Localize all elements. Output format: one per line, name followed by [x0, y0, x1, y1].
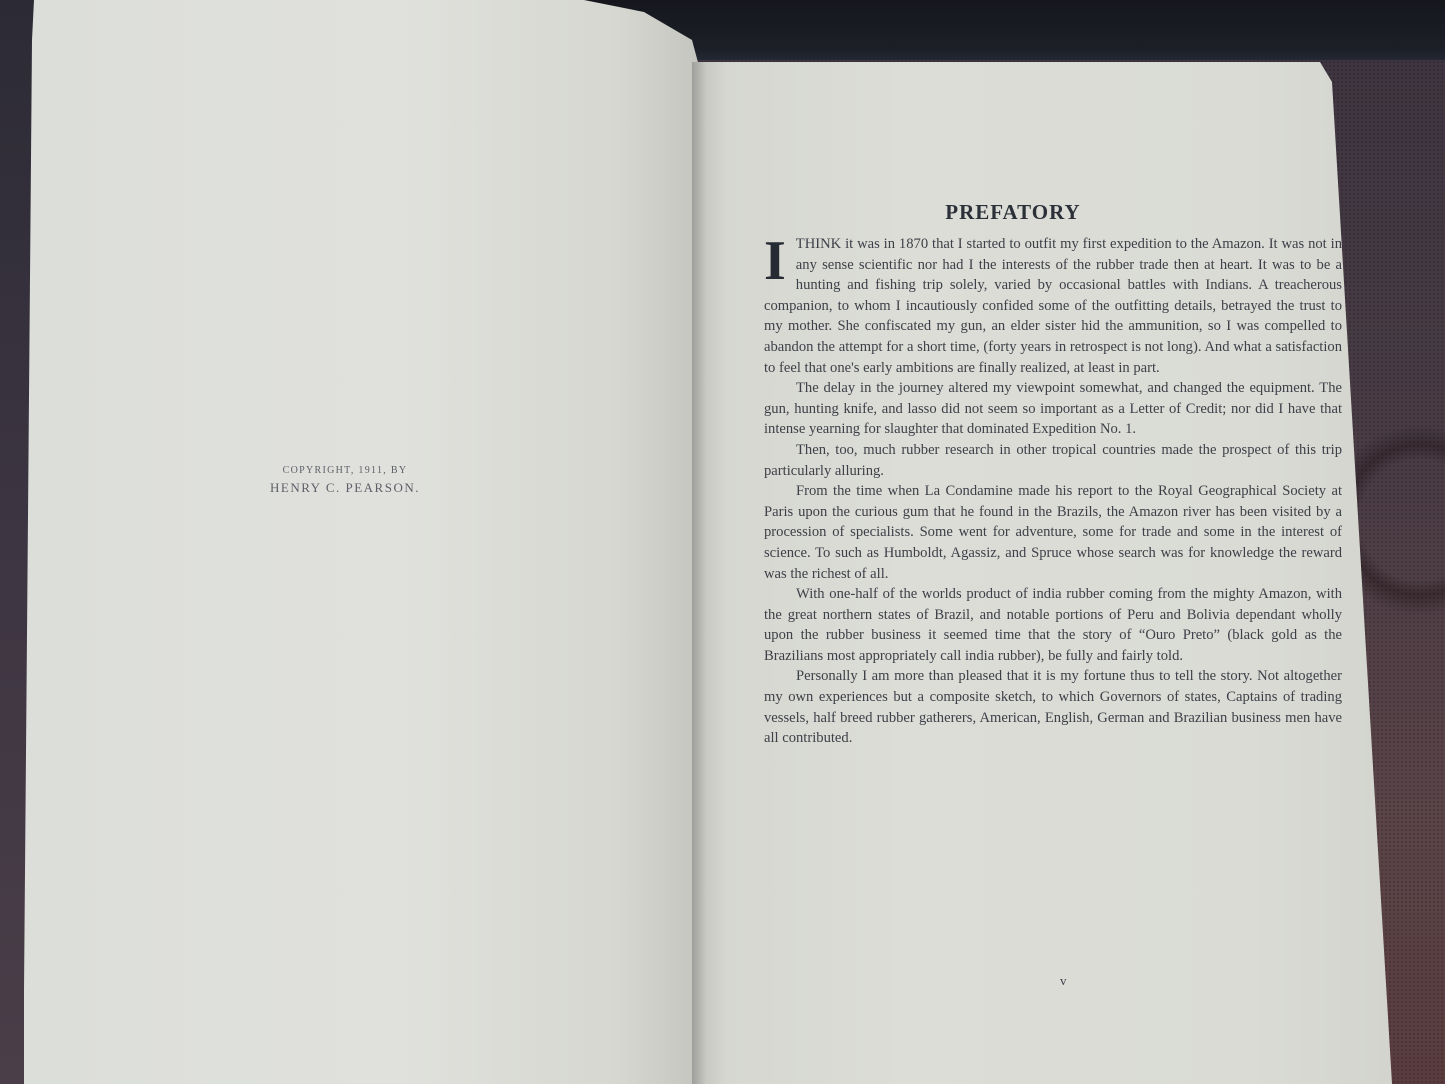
page-title: PREFATORY [928, 200, 1098, 225]
paragraph-2: The delay in the journey altered my view… [764, 378, 1342, 440]
prefatory-body: I THINK it was in 1870 that I started to… [764, 234, 1342, 749]
paragraph-6: Personally I am more than pleased that i… [764, 666, 1342, 748]
copyright-line: COPYRIGHT, 1911, BY [230, 463, 460, 479]
drop-cap: I [764, 240, 786, 282]
paragraph-4: From the time when La Condamine made his… [764, 481, 1342, 584]
book-gutter [692, 62, 706, 1084]
paragraph-3: Then, too, much rubber research in other… [764, 440, 1342, 481]
left-page [24, 0, 700, 1084]
paragraph-5: With one-half of the worlds product of i… [764, 584, 1342, 666]
author-name: HENRY C. PEARSON. [230, 479, 460, 497]
paragraph-1: I THINK it was in 1870 that I started to… [764, 234, 1342, 378]
paragraph-1-text: THINK it was in 1870 that I started to o… [764, 236, 1342, 376]
page-number: v [1060, 973, 1067, 989]
copyright-block: COPYRIGHT, 1911, BY HENRY C. PEARSON. [230, 463, 460, 497]
